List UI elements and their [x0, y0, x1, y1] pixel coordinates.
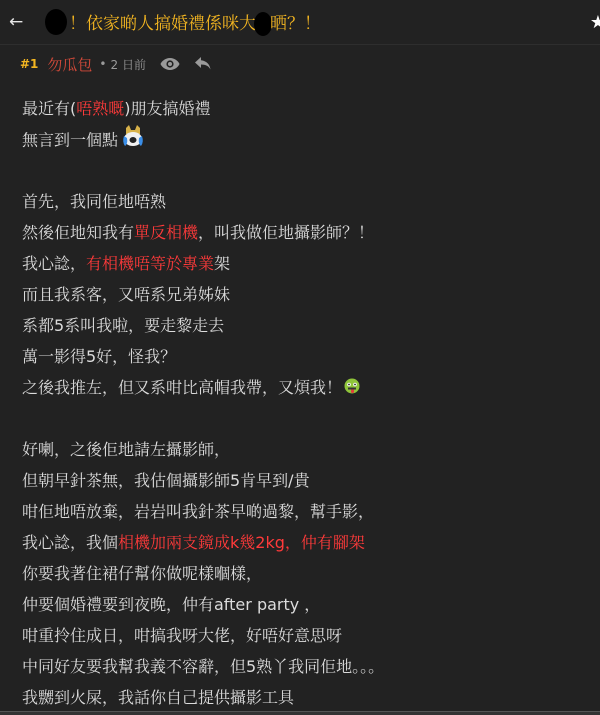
content-line: 最近有(唔熟嘅)朋友搞婚禮 [22, 93, 582, 124]
content-line: 仲要個婚禮要到夜晚，仲有after party ， [22, 589, 582, 620]
content-line: 但朝早針茶無，我估個攝影師5肯早到/貴 [22, 465, 582, 496]
content-line: 萬一影得5好，怪我？ [22, 341, 582, 372]
top-bar: ← ！依家啲人搞婚禮係咪大晒？！ ★ [0, 0, 600, 45]
redaction-mark [45, 9, 67, 35]
content-line: 我心諗，有相機唔等於專業架 [22, 248, 582, 279]
blank-line [22, 403, 582, 434]
content-line: 你要我著住裙仔幫你做呢樣嗰樣， [22, 558, 582, 589]
highlight-text: 唔熟嘅 [76, 99, 124, 118]
blank-line [22, 155, 582, 186]
content-line: 中同好友要我幫我義不容辭，但5熟丫我同佢地。。。 [22, 651, 582, 682]
thread-title: ！依家啲人搞婚禮係咪大晒？！ [45, 9, 321, 36]
floor-number: #1 [20, 57, 38, 71]
reply-icon[interactable] [194, 56, 212, 72]
content-line: 咁重拎住成日，咁搞我呀大佬，好唔好意思呀 [22, 620, 582, 651]
sick-face-emoji-icon [344, 373, 360, 404]
content-line: 然後佢地知我有單反相機，叫我做佢地攝影師？！ [22, 217, 582, 248]
post-meta: #1 勿瓜包 • 2 日前 [0, 50, 212, 78]
content-line: 我心諗，我個相機加兩支鏡成k幾2kg，仲有腳架 [22, 527, 582, 558]
post-content: 最近有(唔熟嘅)朋友搞婚禮 無言到一個點 首先，我同佢地唔熟 然後佢地知我有單反… [22, 93, 582, 713]
content-line: 之後我推左，但又系咁比高帽我帶，又煩我！ [22, 372, 582, 403]
content-line: 我嬲到火屎，我話你自己提供攝影工具 [22, 682, 582, 713]
highlight-text: 相機加兩支鏡成k幾2kg，仲有腳架 [118, 533, 365, 552]
author-name[interactable]: 勿瓜包 [47, 54, 92, 75]
meta-separator: • [99, 57, 106, 71]
content-line: 首先，我同佢地唔熟 [22, 186, 582, 217]
eye-icon[interactable] [160, 57, 180, 71]
content-line: 而且我系客，又唔系兄弟姊妹 [22, 279, 582, 310]
bottom-divider [0, 711, 600, 715]
content-line: 咁佢地唔放棄，岩岩叫我針茶早啲過黎，幫手影， [22, 496, 582, 527]
crying-dog-emoji-icon [120, 124, 146, 158]
thread-title-part2: 晒？！ [270, 14, 321, 34]
thread-title-part1: ！依家啲人搞婚禮係咪大 [69, 14, 256, 34]
content-line: 系都5系叫我啦，要走黎走去 [22, 310, 582, 341]
post-time: 2 日前 [111, 56, 146, 73]
content-line: 無言到一個點 [22, 124, 582, 155]
bookmark-star-icon[interactable]: ★ [590, 12, 600, 33]
content-line: 好喇，之後佢地請左攝影師， [22, 434, 582, 465]
highlight-text: 有相機唔等於專業 [86, 254, 214, 273]
highlight-text: 單反相機 [134, 223, 198, 242]
back-button[interactable]: ← [9, 14, 29, 31]
